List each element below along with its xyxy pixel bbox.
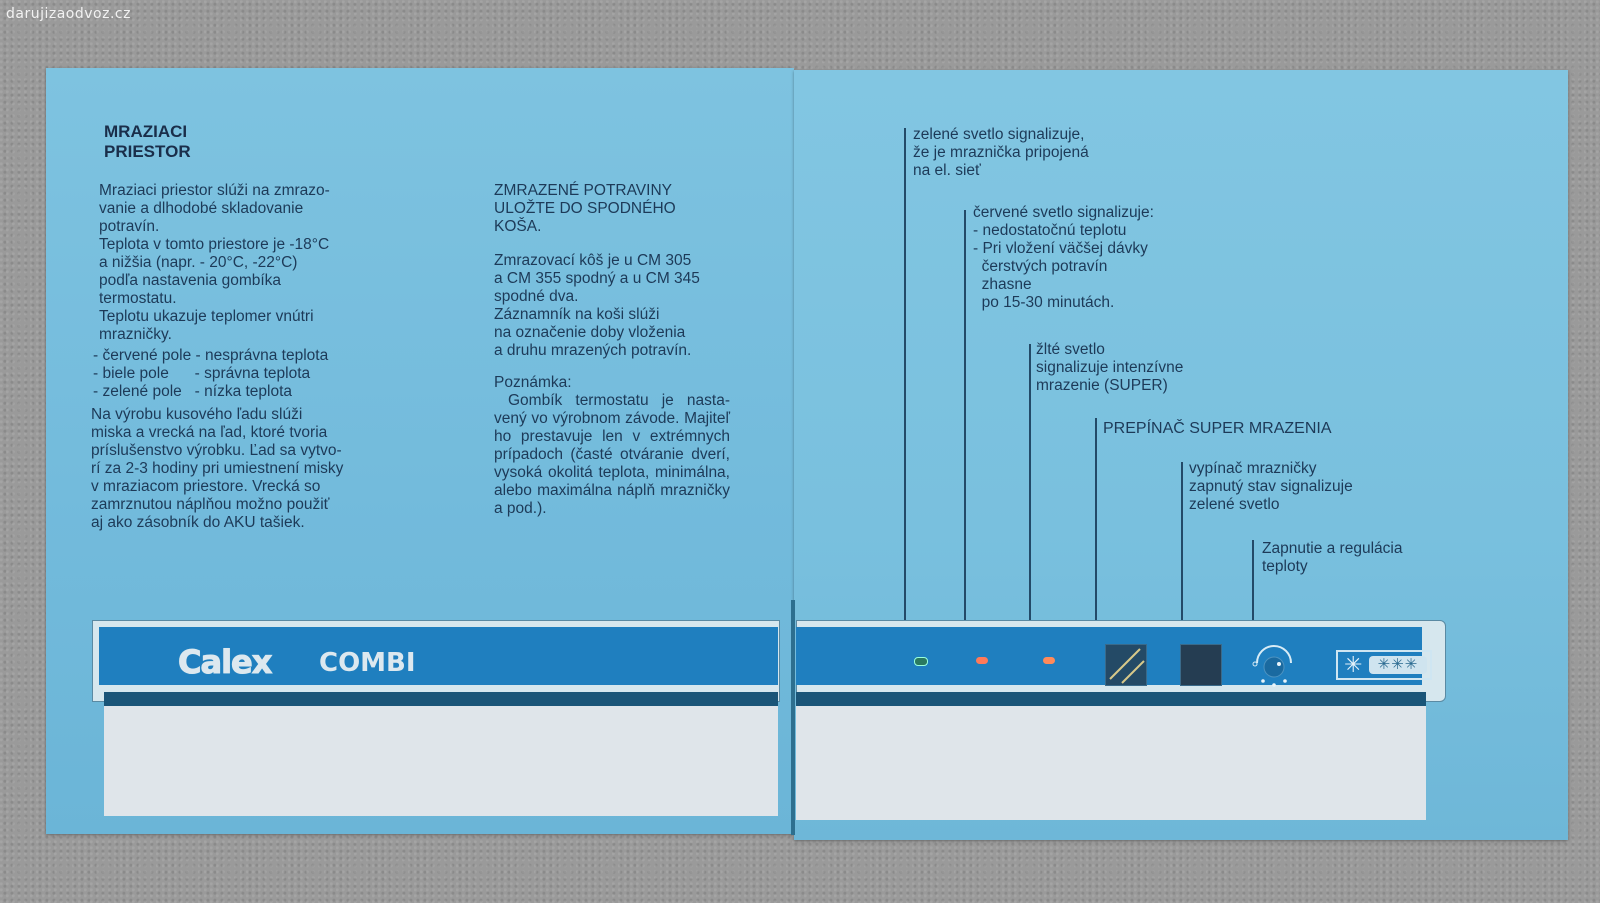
freezer-body-left xyxy=(104,706,778,816)
callout-red-light: červené svetlo signalizuje: - nedostatoč… xyxy=(973,204,1154,312)
callout-super-switch: PREPÍNAČ SUPER MRAZENIA xyxy=(1103,420,1331,438)
watermark: darujizaodvoz.cz xyxy=(6,6,131,22)
brand-logo: Calex xyxy=(178,643,271,681)
model-name: COMBI xyxy=(319,648,416,678)
callout-thermostat: Zapnutie a regulácia teploty xyxy=(1262,540,1402,576)
freezer-body-right xyxy=(796,706,1426,820)
leader-line-green xyxy=(904,128,906,648)
callout-power-switch: vypínač mrazničky zapnutý stav signalizu… xyxy=(1189,460,1353,514)
section-heading: MRAZIACI PRIESTOR xyxy=(104,122,191,162)
switch-stripes-icon xyxy=(1106,645,1146,685)
door-seal-left xyxy=(104,692,778,706)
callout-yellow-light: žlté svetlo signalizuje intenzívne mraze… xyxy=(1036,341,1183,395)
thermometer-legend: - červené pole - nesprávna teplota - bie… xyxy=(93,347,328,401)
basket-paragraph: Zmrazovací kôš je u CM 305 a CM 355 spod… xyxy=(494,252,700,360)
page-fold xyxy=(791,600,795,835)
door-seal-right xyxy=(796,692,1426,706)
star-rating-badge: ✳ ✳✳✳ xyxy=(1336,650,1432,680)
super-freeze-switch xyxy=(1105,644,1147,686)
yellow-indicator-lamp xyxy=(1043,657,1055,664)
note-text: Gombík termostatu je nasta-vený vo výrob… xyxy=(494,392,730,518)
leader-line-yellow xyxy=(1029,344,1031,646)
red-indicator-lamp xyxy=(976,657,988,664)
three-star-icon: ✳✳✳ xyxy=(1369,656,1427,674)
thermostat-dial-icon xyxy=(1251,641,1297,687)
green-indicator-lamp xyxy=(914,657,928,666)
ice-paragraph: Na výrobu kusového ľadu slúži miska a vr… xyxy=(91,406,343,532)
note-label: Poznámka: xyxy=(494,374,572,392)
power-switch xyxy=(1180,644,1222,686)
snowflake-icon: ✳ xyxy=(1344,653,1362,677)
frozen-food-heading: ZMRAZENÉ POTRAVINY ULOŽTE DO SPODNÉHO KO… xyxy=(494,182,676,236)
leader-line-super xyxy=(1095,418,1097,644)
leader-line-power xyxy=(1181,462,1183,644)
intro-paragraph: Mraziaci priestor slúži na zmrazo- vanie… xyxy=(99,182,330,344)
callout-green-light: zelené svetlo signalizuje, že je mraznič… xyxy=(913,126,1089,180)
leader-line-red xyxy=(964,210,966,646)
